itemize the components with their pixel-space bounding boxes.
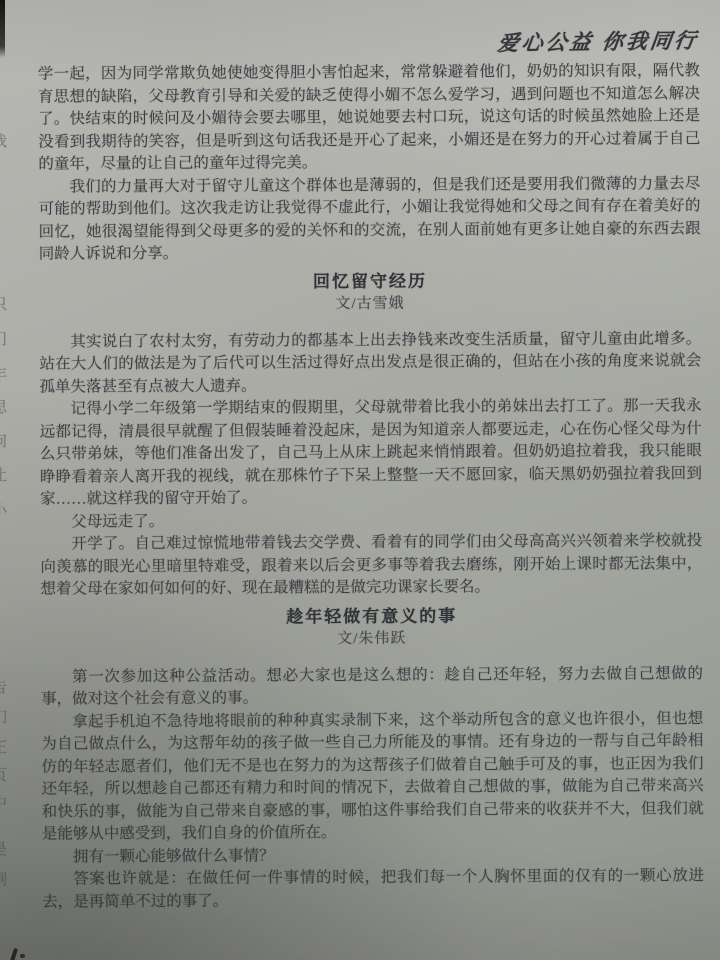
page-header-slogan: 爱心公益 你我同行 [496, 25, 700, 58]
adjacent-page-text-fragment: 门 [0, 328, 12, 349]
adjacent-page-text-fragment: 只 [0, 293, 12, 314]
adjacent-page-text-fragment: 中 [0, 792, 12, 813]
paragraph-continuation-1: 学一起，因为同学常欺负她使她变得胆小害怕起来，常常躲避着他们，奶奶的知识有限，隔… [38, 60, 701, 176]
adjacent-page-text-fragment: 让 [0, 464, 12, 485]
adjacent-page-text-fragment: 到 [0, 868, 12, 889]
adjacent-page-text-fragment: 我 [0, 130, 12, 151]
adjacent-page-text-fragment: 思 [0, 396, 12, 417]
ink-mark [10, 948, 18, 960]
article-text-column: 学一起，因为同学常欺负她使她变得胆小害怕起来，常常躲避着他们，奶奶的知识有限，隔… [38, 60, 704, 913]
paragraph-s1-2: 记得小学二年级第一学期结束的假期里，父母就带着比我小的弟妹出去打工了。那一天我永… [40, 395, 703, 511]
adjacent-page-text-fragment: 问 [0, 430, 12, 451]
adjacent-page-text-fragment: 页 [0, 764, 12, 785]
document-photo: 爱心公益 你我同行 我 只 门 丰 思 问 让 小 告 们 正 页 中 是 到 … [0, 0, 720, 960]
article-byline-1: 文/古雪娥 [39, 291, 701, 317]
adjacent-page-text-fragment: 们 [0, 706, 12, 727]
article-byline-2: 文/朱伟跃 [41, 626, 703, 652]
paragraph-continuation-2: 我们的力量再大对于留守儿童这个群体也是薄弱的，但是我们还是要用我们微薄的力量去尽… [38, 173, 700, 266]
paragraph-s2-2: 拿起手机迫不急待地将眼前的种种真实录制下来，这个举动所包含的意义也许很小，但也想… [41, 708, 704, 846]
paragraph-s1-4: 开学了。自己难过惊慌地带着钱去交学费、看着有的同学们由父母高高兴兴领着来学校就投… [40, 530, 702, 601]
adjacent-page-text-fragment: 告 [0, 676, 12, 697]
photo-edge-shadow [0, 0, 5, 58]
adjacent-page-text-fragment: 正 [0, 736, 12, 757]
adjacent-page-text-fragment: 丰 [0, 363, 12, 384]
paragraph-s1-1: 其实说白了农村太穷，有劳动力的都基本上出去挣钱来改变生活质量，留守儿童由此增多。… [39, 328, 701, 399]
adjacent-page-text-fragment: 是 [0, 838, 12, 859]
ink-mark-dot [20, 954, 25, 958]
paragraph-s2-1: 第一次参加这种公益活动。想必大家也是这么想的：趁自己还年轻，努力去做自己想做的事… [41, 663, 703, 711]
paragraph-s2-4: 答案也许就是：在做任何一件事情的时候，把我们每一个人胸怀里面的仅有的一颗心放进去… [42, 865, 704, 913]
adjacent-page-text-fragment: 小 [0, 499, 12, 520]
